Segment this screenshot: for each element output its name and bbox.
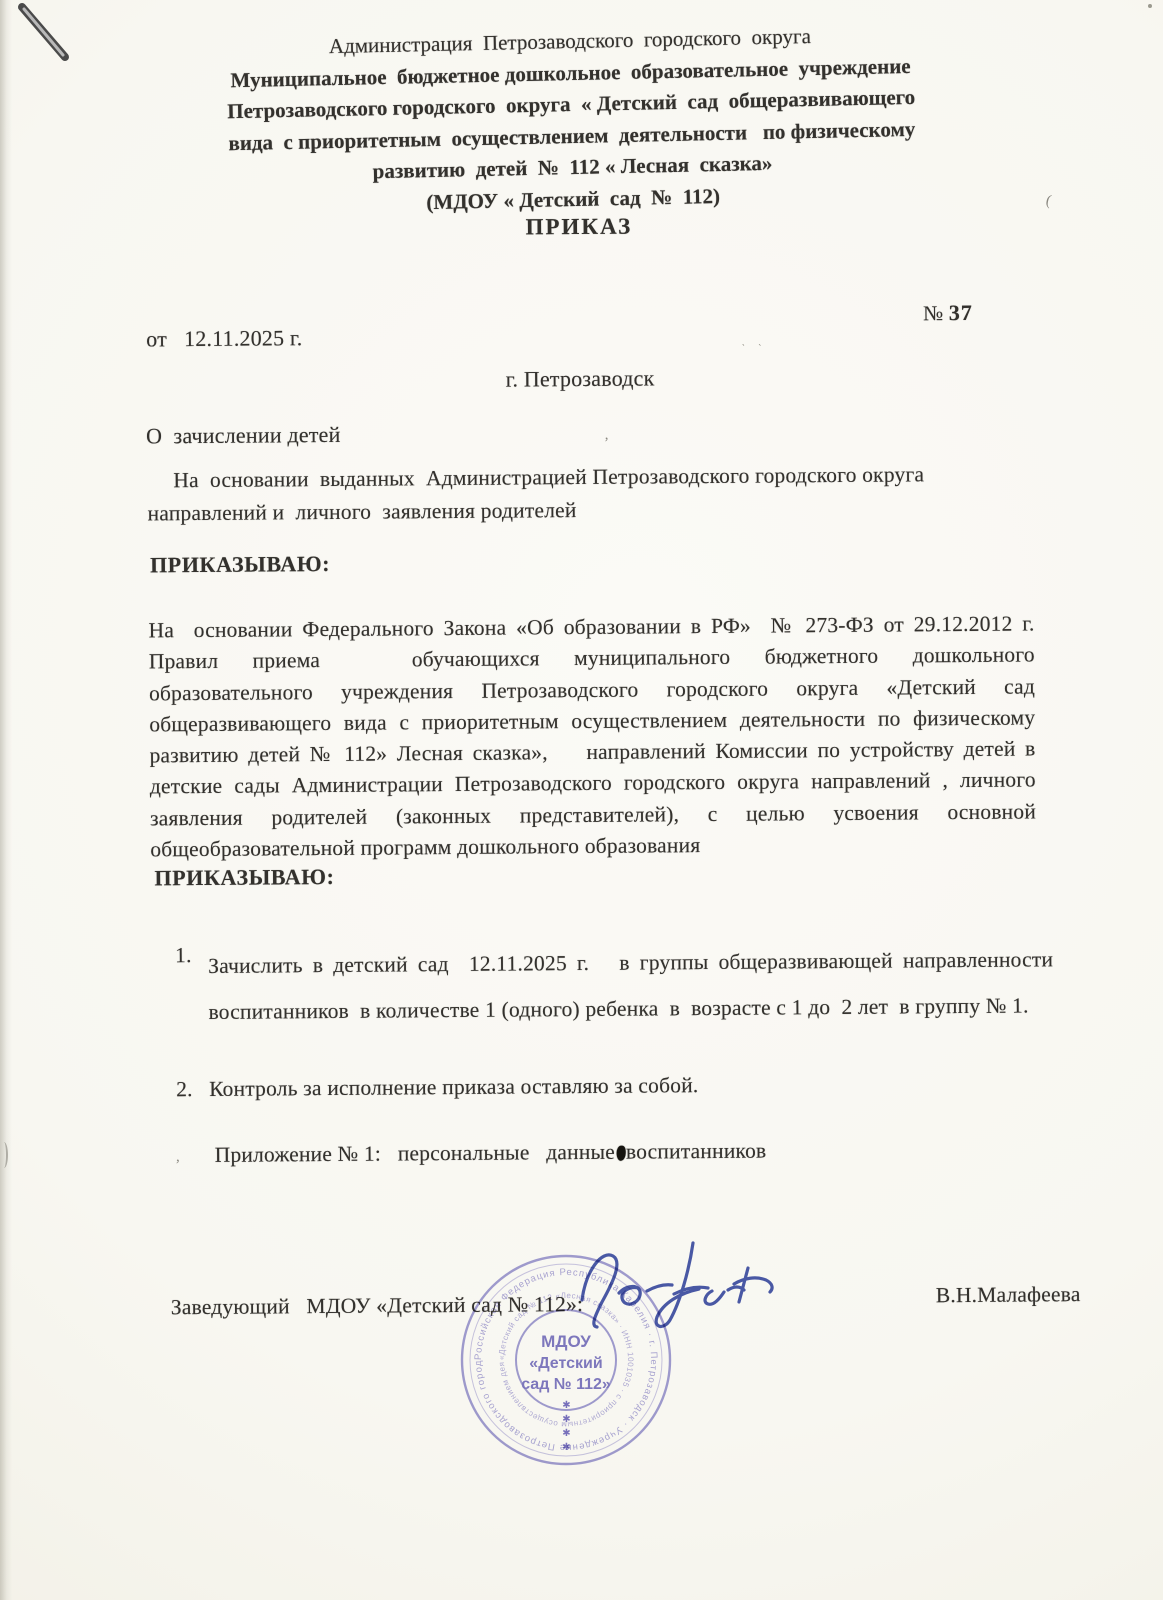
- order-item-text: Зачислить в детский сад 12.11.2025 г. в …: [208, 936, 1054, 1035]
- stamp-center-line-3: сад № 112»: [521, 1376, 611, 1393]
- legal-paragraph: На основании Федерального Закона «Об обр…: [148, 608, 1036, 865]
- scan-speck: [0, 1142, 8, 1168]
- order-date: от 12.11.2025 г.: [146, 325, 302, 352]
- letterhead: Администрация Петрозаводского городского…: [110, 16, 1034, 224]
- scanned-order-document: ( ’ ‵‵ , Администрация Петрозаводского г…: [0, 0, 1163, 1600]
- stamp-asterisks: ✱✱✱✱: [559, 1400, 573, 1456]
- attachment-note-suffix: воспитанников: [626, 1139, 767, 1164]
- attachment-note: Приложение № 1: персональные данныевоспи…: [215, 1139, 767, 1168]
- basis-paragraph: На основании выданных Администрацией Пет…: [147, 458, 959, 530]
- subject-line: О зачислении детей: [146, 422, 341, 450]
- order-number: № 37: [923, 300, 973, 326]
- city-line: г. Петрозаводск: [0, 361, 1162, 396]
- stamp-center-line-2: «Детский: [529, 1355, 602, 1372]
- order-item-text: Контроль за исполнение приказа оставляю …: [209, 1070, 1054, 1102]
- attachment-note-prefix: Приложение № 1: персональные данные: [215, 1140, 615, 1167]
- order-item-number: 1.: [175, 943, 192, 968]
- signature-name: В.Н.Малафеева: [936, 1282, 1081, 1308]
- order-keyword-second: ПРИКАЗЫВАЮ:: [154, 864, 334, 891]
- order-number-value: 37: [949, 300, 973, 325]
- order-keyword-first: ПРИКАЗЫВАЮ:: [150, 551, 330, 578]
- order-number-sign: №: [923, 301, 949, 325]
- handwritten-signature: [552, 1236, 802, 1341]
- order-item-number: 2.: [176, 1077, 193, 1102]
